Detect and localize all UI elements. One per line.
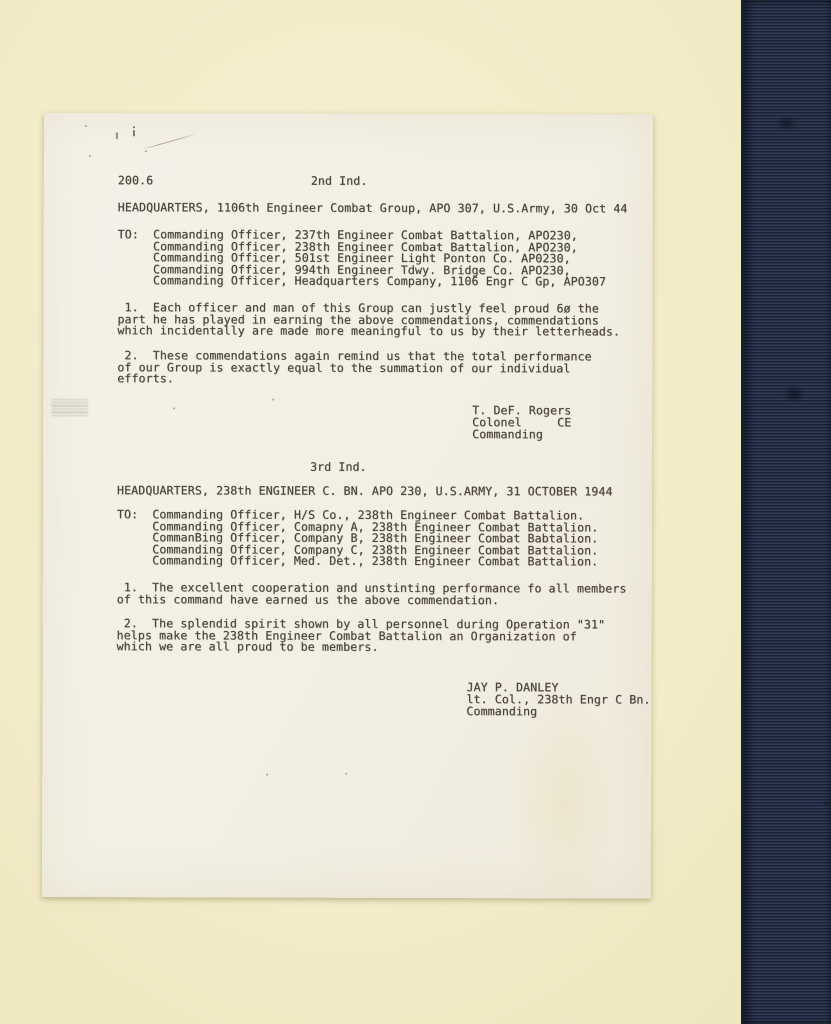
paper-speck (266, 774, 268, 776)
paper-speck (116, 132, 118, 139)
paper-speck (85, 125, 87, 127)
spine-stain (772, 112, 802, 134)
stray-ink-mark (133, 130, 135, 136)
endorsement-2-to-block: TO: Commanding Officer, 237th Engineer C… (118, 229, 607, 288)
book-spine (741, 0, 831, 1024)
endorsement-3-signature-block: JAY P. DANLEY lt. Col., 238th Engr C Bn.… (466, 681, 650, 717)
spine-stain (778, 380, 810, 408)
paper-speck (145, 150, 147, 152)
paper-speck (89, 155, 91, 157)
endorsement-2-paragraph-1: 1. Each officer and man of this Group ca… (117, 302, 620, 338)
document-page: 200.6 2nd Ind. HEADQUARTERS, 1106th Engi… (42, 113, 653, 899)
endorsement-2-headquarters-line: HEADQUARTERS, 1106th Engineer Combat Gro… (118, 202, 628, 215)
paper-speck (272, 399, 274, 401)
endorsement-3-paragraph-1: 1. The excellent cooperation and unstint… (117, 582, 627, 607)
scratch-mark (141, 133, 197, 150)
erased-text-smudge (51, 399, 88, 416)
paper-speck (345, 773, 347, 775)
endorsement-2-paragraph-2: 2. These commendations again remind us t… (117, 350, 591, 386)
endorsement-3-to-block: TO: Commanding Officer, H/S Co., 238th E… (117, 509, 599, 568)
stray-ink-mark (133, 126, 135, 128)
endorsement-3-heading: 3rd Ind. (310, 462, 367, 474)
endorsement-2-signature-block: T. DeF. Rogers Colonel CE Commanding (472, 404, 571, 440)
paper-speck (173, 407, 175, 409)
album-page: 200.6 2nd Ind. HEADQUARTERS, 1106th Engi… (0, 0, 831, 1024)
spine-stain (820, 800, 831, 807)
endorsement-3-headquarters-line: HEADQUARTERS, 238th ENGINEER C. BN. APO … (117, 485, 613, 498)
file-number: 200.6 (118, 175, 153, 187)
endorsement-2-heading: 2nd Ind. (311, 176, 368, 188)
endorsement-3-paragraph-2: 2. The splendid spirit shown by all pers… (117, 618, 606, 654)
